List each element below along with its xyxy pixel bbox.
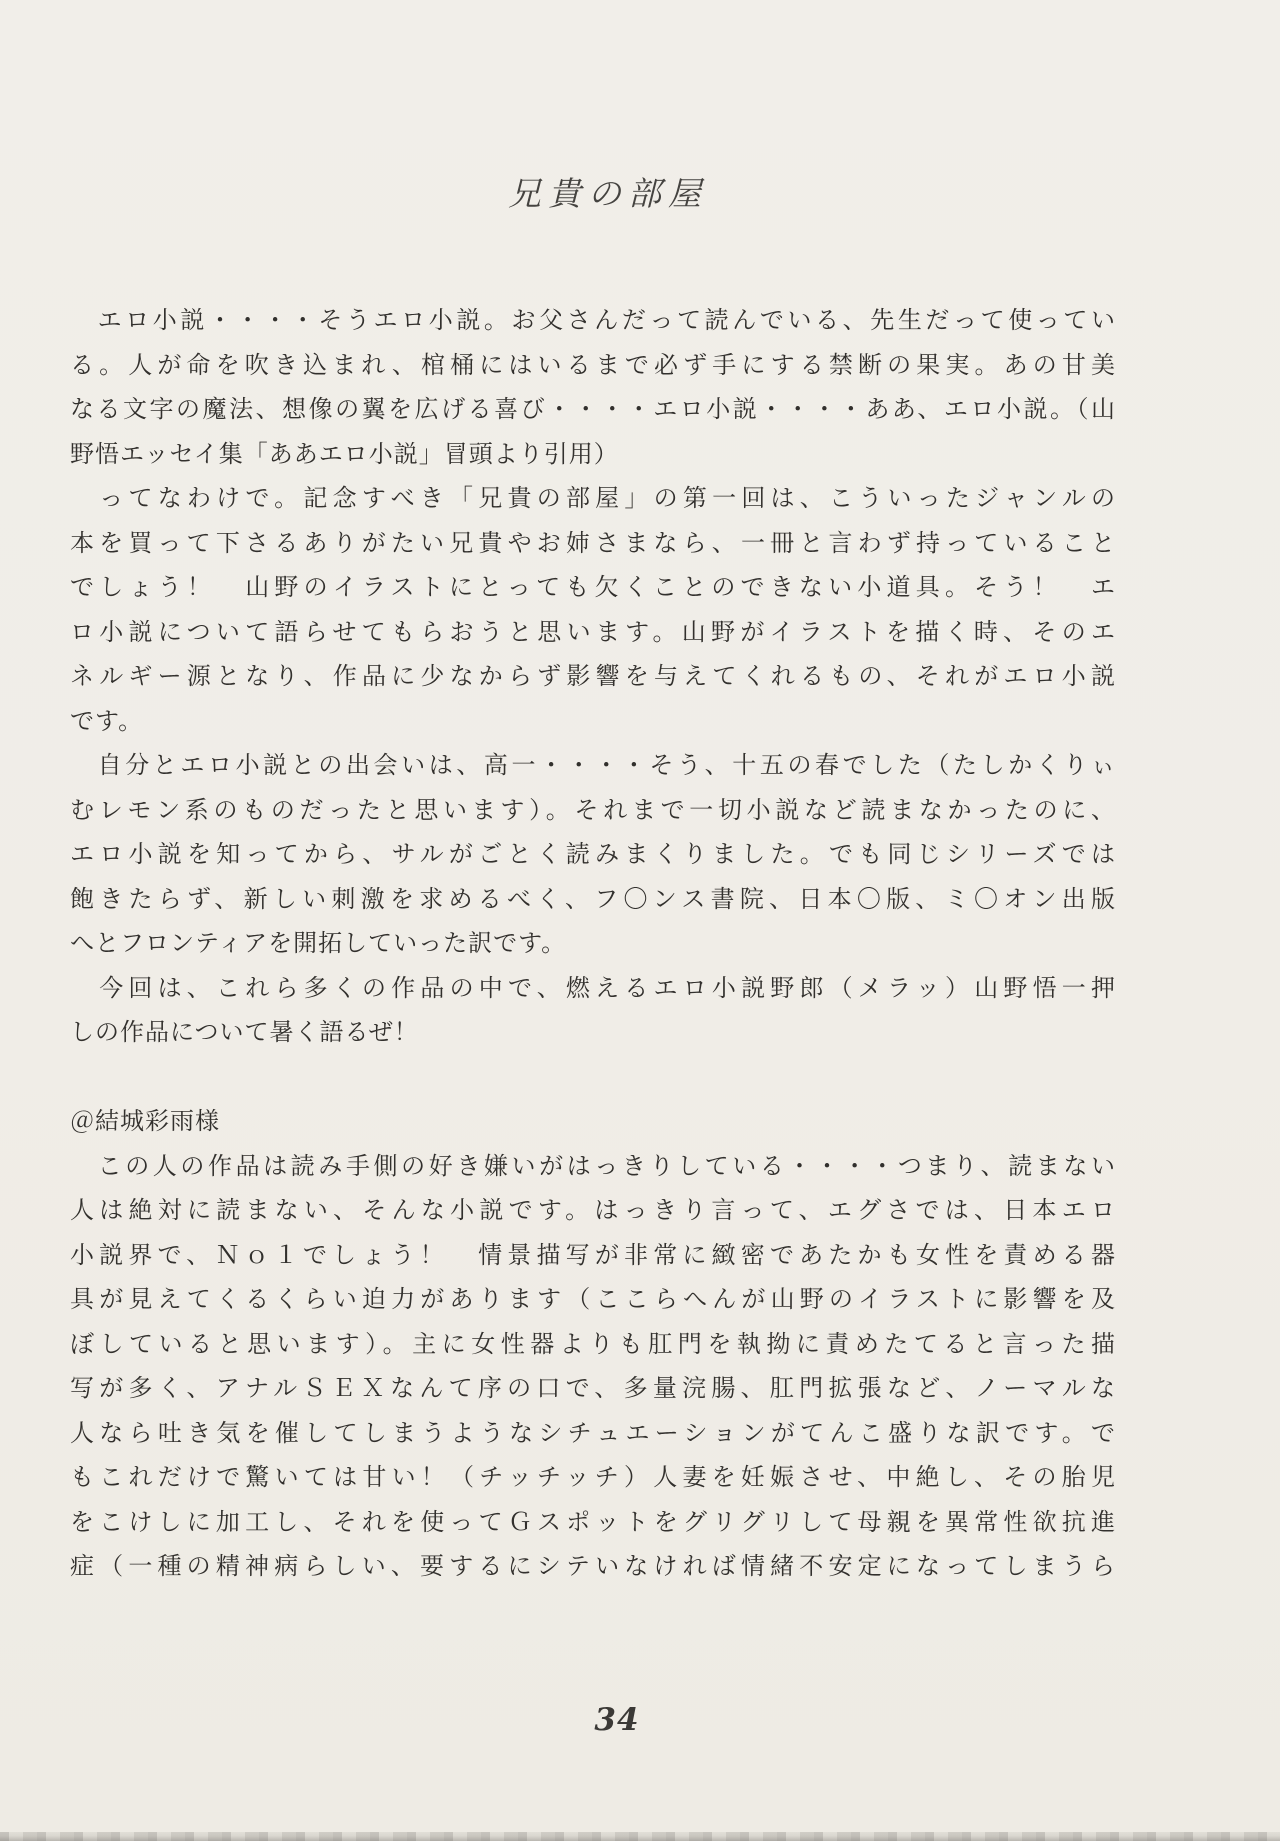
text-line: へとフロンティアを開拓していった訳です。 <box>70 921 1116 966</box>
text-line: ぼしていると思います）。主に女性器よりも肛門を執拗に責めたてると言った描 <box>70 1322 1116 1367</box>
blank-line <box>70 1055 1116 1100</box>
text-line: ロ小説について語らせてもらおうと思います。山野がイラストを描く時、そのエ <box>70 610 1116 655</box>
text-line: 具が見えてくるくらい迫力があります（ここらへんが山野のイラストに影響を及 <box>70 1277 1116 1322</box>
text-line: 自分とエロ小説との出会いは、高一・・・・そう、十五の春でした（たしかくりぃ <box>70 743 1116 788</box>
text-line: 人は絶対に読まない、そんな小説です。はっきり言って、エグさでは、日本エロ <box>70 1188 1116 1233</box>
text-line: エロ小説を知ってから、サルがごとく読みまくりました。でも同じシリーズでは <box>70 832 1116 877</box>
text-line: ってなわけで。記念すべき「兄貴の部屋」の第一回は、こういったジャンルの <box>70 476 1116 521</box>
text-line: ＠結城彩雨様 <box>70 1099 1116 1144</box>
text-line: です。 <box>70 699 1116 744</box>
text-line: この人の作品は読み手側の好き嫌いがはっきりしている・・・・つまり、読まない <box>70 1144 1116 1189</box>
text-line: しの作品について暑く語るぜ！ <box>70 1010 1116 1055</box>
text-line: もこれだけで驚いては甘い！（チッチッチ）人妻を妊娠させ、中絶し、その胎児 <box>70 1455 1116 1500</box>
text-line: むレモン系のものだったと思います）。それまで一切小説など読まなかったのに、 <box>70 788 1116 833</box>
text-line: ネルギー源となり、作品に少なからず影響を与えてくれるもの、それがエロ小説 <box>70 654 1116 699</box>
page-title: 兄貴の部屋 <box>0 168 1248 215</box>
text-line: エロ小説・・・・そうエロ小説。お父さんだって読んでいる、先生だって使ってい <box>70 298 1116 343</box>
page-number: 34 <box>0 1702 1257 1738</box>
scan-edge-artifact <box>0 1832 1280 1841</box>
text-line: 人なら吐き気を催してしまうようなシチュエーションがてんこ盛りな訳です。で <box>70 1411 1116 1456</box>
text-line: 小説界で、Ｎｏ１でしょう！ 情景描写が非常に緻密であたかも女性を責める器 <box>70 1233 1116 1278</box>
text-line: なる文字の魔法、想像の翼を広げる喜び・・・・エロ小説・・・・ああ、エロ小説。（山 <box>70 387 1116 432</box>
text-line: 野悟エッセイ集「ああエロ小説」冒頭より引用） <box>70 432 1116 477</box>
text-line: 症（一種の精神病らしい、要するにシテいなければ情緒不安定になってしまうら <box>70 1544 1116 1589</box>
text-line: 今回は、これら多くの作品の中で、燃えるエロ小説野郎（メラッ）山野悟一押 <box>70 966 1116 1011</box>
text-line: る。人が命を吹き込まれ、棺桶にはいるまで必ず手にする禁断の果実。あの甘美 <box>70 343 1116 388</box>
text-line: でしょう！ 山野のイラストにとっても欠くことのできない小道具。そう！ エ <box>70 565 1116 610</box>
body-text: エロ小説・・・・そうエロ小説。お父さんだって読んでいる、先生だって使っている。人… <box>70 298 1116 1589</box>
text-line: 写が多く、アナルＳＥＸなんて序の口で、多量浣腸、肛門拡張など、ノーマルな <box>70 1366 1116 1411</box>
text-line: をこけしに加工し、それを使ってＧスポットをグリグリして母親を異常性欲抗進 <box>70 1500 1116 1545</box>
text-line: 飽きたらず、新しい刺激を求めるべく、フ〇ンス書院、日本〇版、ミ〇オン出版 <box>70 877 1116 922</box>
text-line: 本を買って下さるありがたい兄貴やお姉さまなら、一冊と言わず持っていること <box>70 521 1116 566</box>
scanned-page: 兄貴の部屋 エロ小説・・・・そうエロ小説。お父さんだって読んでいる、先生だって使… <box>0 0 1280 1841</box>
